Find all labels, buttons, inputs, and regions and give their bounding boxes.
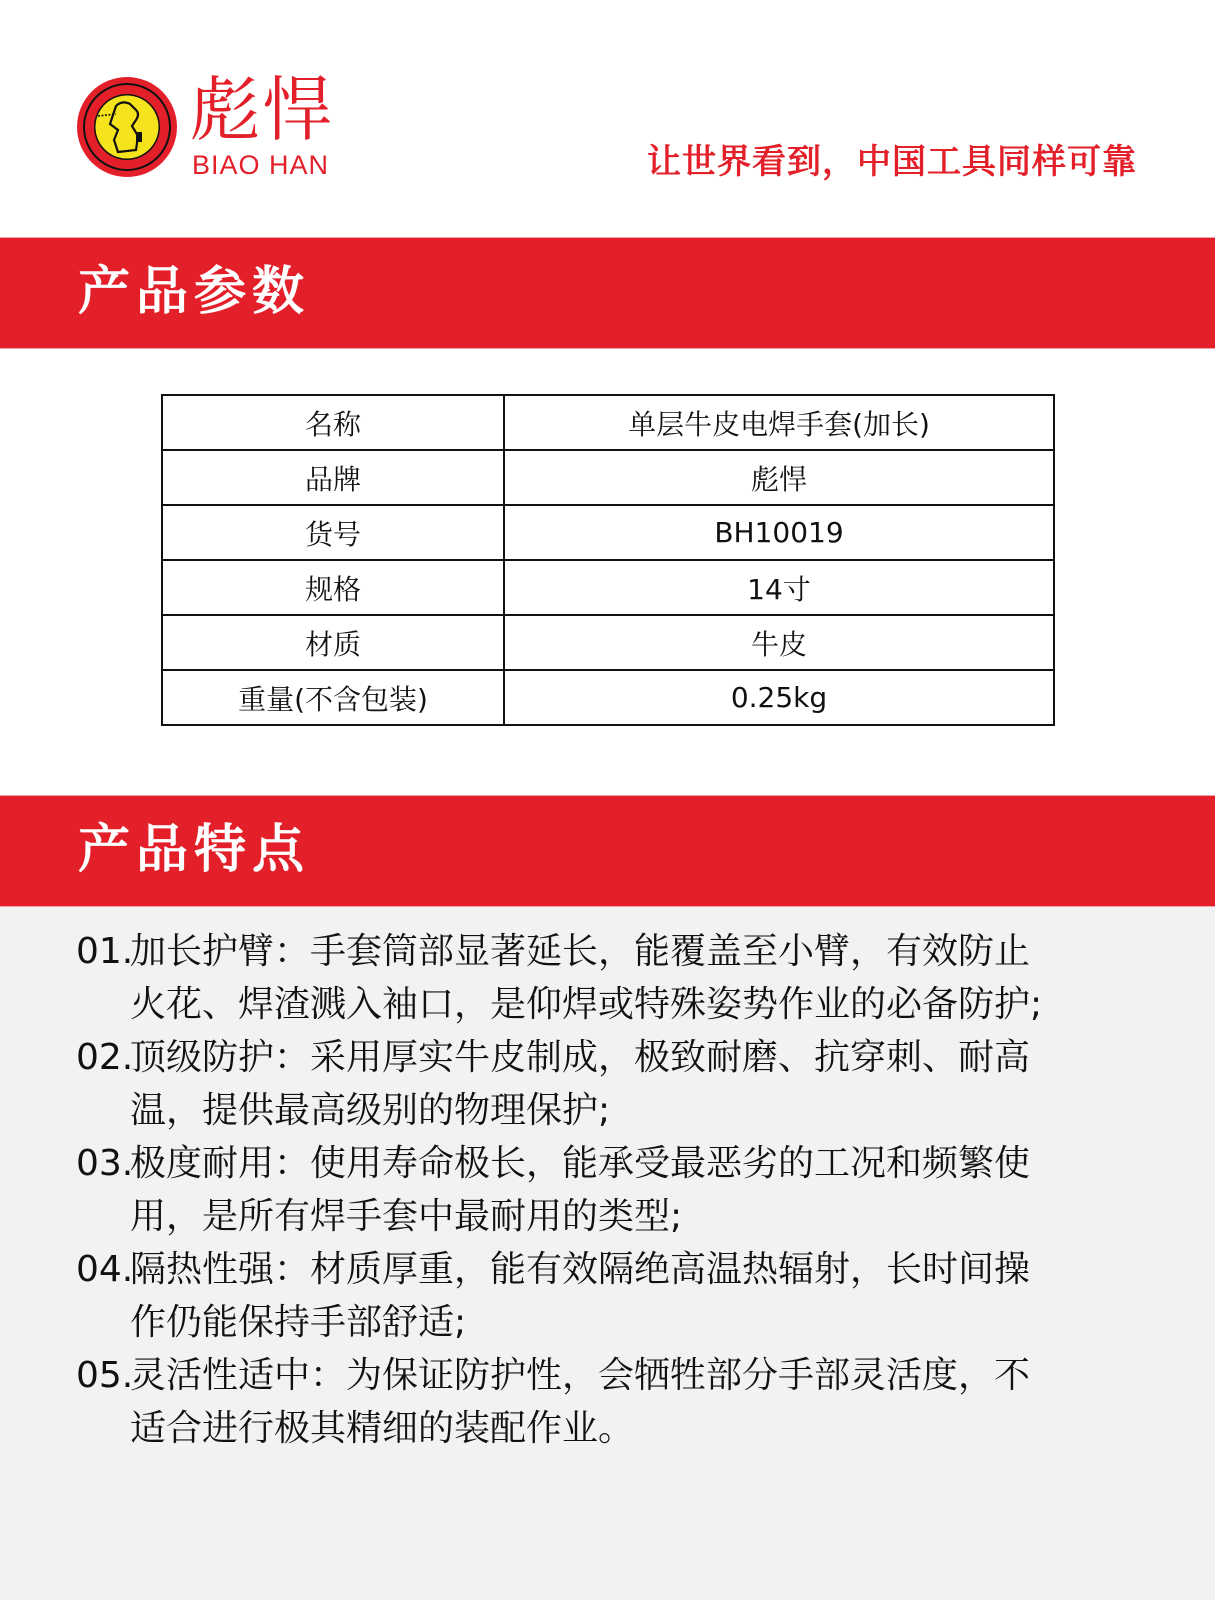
slogan: 让世界看到，中国工具同样可靠: [647, 140, 1137, 184]
features-list: 01. 加长护臂：手套筒部显著延长，能覆盖至小臂，有效防止 火花、焊渣溅入袖口，…: [0, 907, 1215, 1600]
features-section-header: 产品特点: [0, 795, 1215, 907]
param-label: 材质: [162, 615, 504, 670]
feature-text: 隔热性强：材质厚重，能有效隔绝高温热辐射，长时间操: [130, 1243, 1146, 1296]
feature-number: 05.: [76, 1349, 133, 1402]
table-row: 规格 14寸: [162, 560, 1054, 615]
table-row: 名称 单层牛皮电焊手套(加长): [162, 395, 1054, 450]
param-value: 彪悍: [504, 450, 1054, 505]
brand-name-en: BIAO HAN: [192, 150, 329, 180]
feature-item: 05. 灵活性适中：为保证防护性，会牺牲部分手部灵活度，不 适合进行极其精细的装…: [76, 1349, 1146, 1455]
feature-number: 01.: [76, 925, 133, 978]
table-row: 材质 牛皮: [162, 615, 1054, 670]
param-value: 牛皮: [504, 615, 1054, 670]
param-value: BH10019: [504, 505, 1054, 560]
param-label: 货号: [162, 505, 504, 560]
feature-item: 01. 加长护臂：手套筒部显著延长，能覆盖至小臂，有效防止 火花、焊渣溅入袖口，…: [76, 925, 1146, 1031]
header: 彪悍 BIAO HAN 让世界看到，中国工具同样可靠: [0, 0, 1215, 237]
table-row: 重量(不含包装) 0.25kg: [162, 670, 1054, 725]
feature-text: 温，提供最高级别的物理保护;: [130, 1084, 1146, 1137]
param-label: 规格: [162, 560, 504, 615]
params-section-header: 产品参数: [0, 237, 1215, 349]
param-value: 0.25kg: [504, 670, 1054, 725]
param-label: 重量(不含包装): [162, 670, 504, 725]
feature-text: 用，是所有焊手套中最耐用的类型;: [130, 1190, 1146, 1243]
feature-text: 适合进行极其精细的装配作业。: [130, 1402, 1146, 1455]
feature-number: 04.: [76, 1243, 133, 1296]
feature-text: 顶级防护：采用厚实牛皮制成，极致耐磨、抗穿刺、耐高: [130, 1031, 1146, 1084]
feature-text: 极度耐用：使用寿命极长，能承受最恶劣的工况和频繁使: [130, 1137, 1146, 1190]
params-area: 名称 单层牛皮电焊手套(加长) 品牌 彪悍 货号 BH10019 规格 14寸 …: [0, 349, 1215, 795]
features-section-title: 产品特点: [78, 818, 310, 882]
table-row: 货号 BH10019: [162, 505, 1054, 560]
params-table: 名称 单层牛皮电焊手套(加长) 品牌 彪悍 货号 BH10019 规格 14寸 …: [161, 394, 1055, 726]
brand-name-cn: 彪悍: [190, 70, 334, 150]
feature-number: 02.: [76, 1031, 133, 1084]
feature-text: 作仍能保持手部舒适;: [130, 1296, 1146, 1349]
feature-text: 火花、焊渣溅入袖口，是仰焊或特殊姿势作业的必备防护;: [130, 978, 1146, 1031]
feature-text: 加长护臂：手套筒部显著延长，能覆盖至小臂，有效防止: [130, 925, 1146, 978]
param-value: 14寸: [504, 560, 1054, 615]
table-row: 品牌 彪悍: [162, 450, 1054, 505]
param-label: 名称: [162, 395, 504, 450]
brand-emblem-icon: [76, 76, 178, 178]
param-label: 品牌: [162, 450, 504, 505]
feature-item: 04. 隔热性强：材质厚重，能有效隔绝高温热辐射，长时间操 作仍能保持手部舒适;: [76, 1243, 1146, 1349]
feature-text: 灵活性适中：为保证防护性，会牺牲部分手部灵活度，不: [130, 1349, 1146, 1402]
params-section-title: 产品参数: [78, 260, 310, 324]
param-value: 单层牛皮电焊手套(加长): [504, 395, 1054, 450]
feature-item: 02. 顶级防护：采用厚实牛皮制成，极致耐磨、抗穿刺、耐高 温，提供最高级别的物…: [76, 1031, 1146, 1137]
feature-number: 03.: [76, 1137, 133, 1190]
feature-item: 03. 极度耐用：使用寿命极长，能承受最恶劣的工况和频繁使 用，是所有焊手套中最…: [76, 1137, 1146, 1243]
